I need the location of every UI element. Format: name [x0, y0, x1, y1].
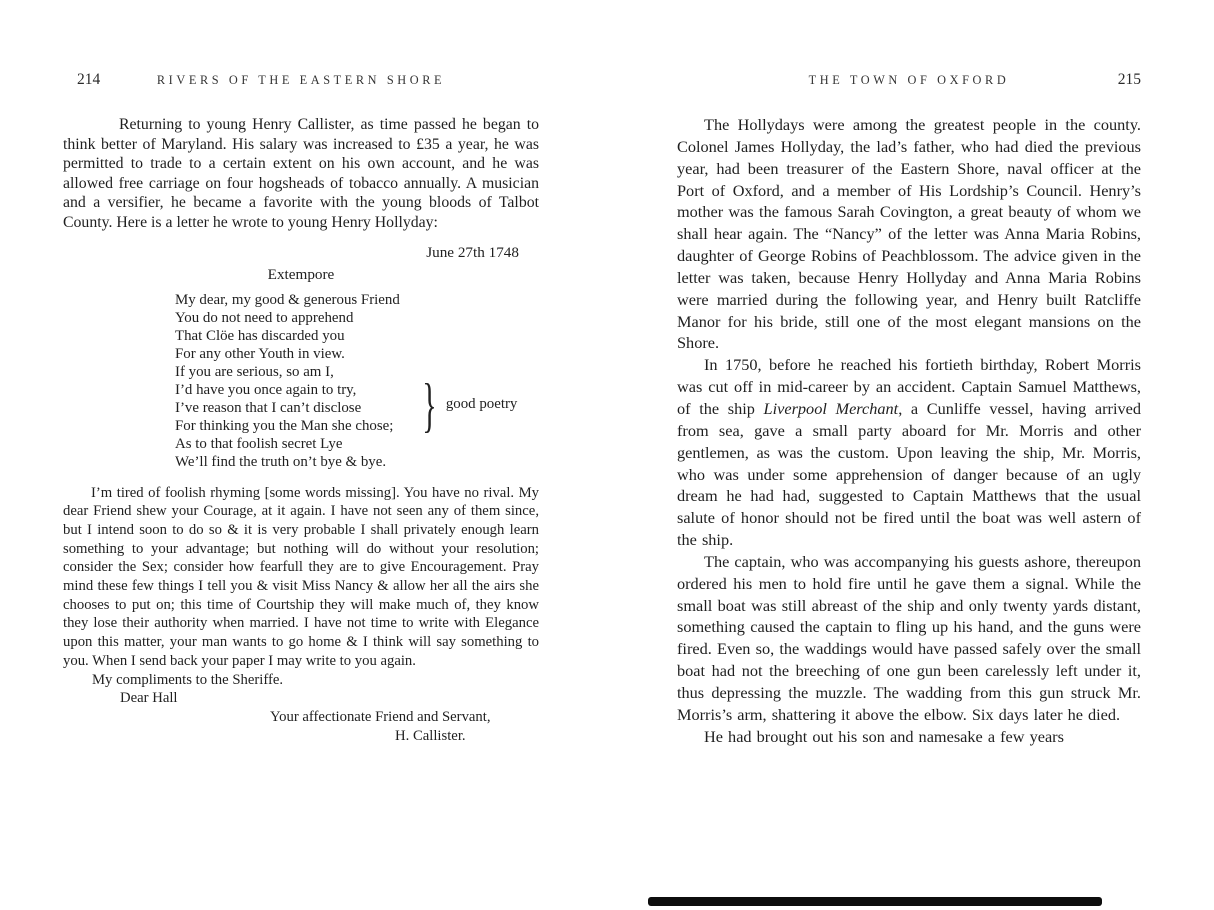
letter-salutation: Dear Hall — [120, 689, 539, 708]
left-page: 214 RIVERS OF THE EASTERN SHORE Returnin… — [63, 0, 539, 745]
right-page: THE TOWN OF OXFORD 215 The Hollydays wer… — [677, 0, 1141, 747]
poem-line: You do not need to apprehend — [175, 309, 539, 327]
letter-signature: H. Callister. — [395, 727, 539, 746]
page-number: 214 — [77, 71, 100, 89]
poem-line: For any other Youth in view. — [175, 345, 539, 363]
letter-title: Extempore — [63, 266, 539, 284]
scan-artifact-bar — [648, 897, 1102, 906]
poem-line: As to that foolish secret Lye — [175, 435, 539, 453]
left-page-header: 214 RIVERS OF THE EASTERN SHORE — [63, 73, 539, 90]
paragraph: In 1750, before he reached his fortieth … — [677, 354, 1141, 551]
letter-closing: Your affectionate Friend and Servant, — [270, 708, 539, 727]
text-segment: He had brought out his son and namesake … — [704, 727, 1064, 746]
curly-brace-icon: } — [422, 376, 436, 434]
paragraph: He had brought out his son and namesake … — [677, 726, 1141, 748]
poem-line: That Clöe has discarded you — [175, 327, 539, 345]
running-head: THE TOWN OF OXFORD — [677, 73, 1141, 88]
paragraph: The captain, who was accompanying his gu… — [677, 551, 1141, 726]
letter-compliments-line: My compliments to the Sheriffe. — [92, 671, 539, 690]
intro-paragraph: Returning to young Henry Callister, as t… — [63, 115, 539, 233]
right-page-paragraphs: The Hollydays were among the greatest pe… — [677, 114, 1141, 747]
running-head: RIVERS OF THE EASTERN SHORE — [63, 73, 539, 88]
poem-line: We’ll find the truth on’t bye & bye. — [175, 453, 539, 471]
letter-body-paragraph: I’m tired of foolish rhyming [some words… — [63, 484, 539, 671]
poem: My dear, my good & generous FriendYou do… — [63, 291, 539, 471]
right-page-header: THE TOWN OF OXFORD 215 — [677, 73, 1141, 90]
poem-line: My dear, my good & generous Friend — [175, 291, 539, 309]
book-scan: { "colors": { "page_background": "#fffff… — [0, 0, 1214, 910]
page-number: 215 — [1118, 71, 1141, 89]
paragraph: The Hollydays were among the greatest pe… — [677, 114, 1141, 354]
text-segment: The captain, who was accompanying his gu… — [677, 552, 1141, 724]
text-segment: , a Cunliffe vessel, having arrived from… — [677, 399, 1141, 549]
italic-ship-name: Liverpool Merchant — [764, 399, 899, 418]
good-poetry-annotation: } good poetry — [415, 376, 517, 434]
letter-date: June 27th 1748 — [63, 244, 539, 262]
text-segment: The Hollydays were among the greatest pe… — [677, 115, 1141, 352]
annotation-label: good poetry — [446, 396, 518, 413]
